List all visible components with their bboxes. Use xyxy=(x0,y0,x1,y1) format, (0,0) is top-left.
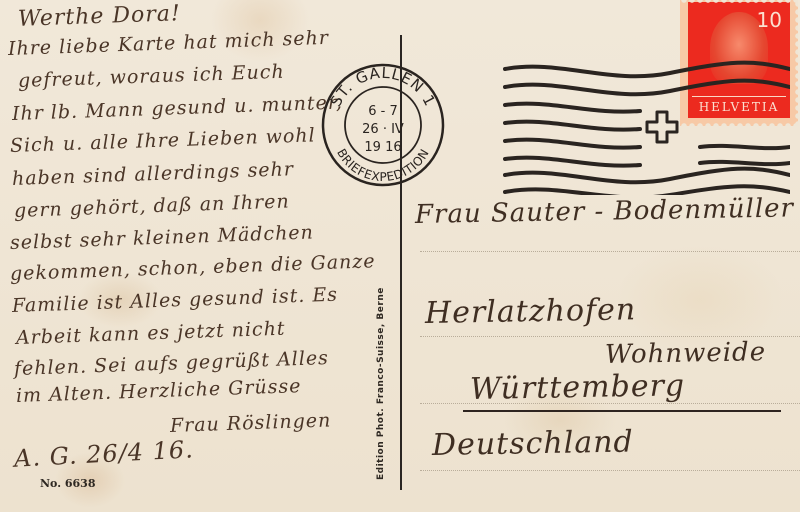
postmark-date: 26 · IV xyxy=(362,122,404,137)
message-line: selbst sehr kleinen Mädchen xyxy=(10,221,315,254)
stamp-value: 10 xyxy=(757,8,782,32)
message-line: Ihr lb. Mann gesund u. munter, xyxy=(12,91,344,125)
signature: Frau Röslingen xyxy=(170,409,332,437)
address-district: Wohnweide xyxy=(605,337,767,370)
address-recipient: Frau Sauter - Bodenmüller xyxy=(415,193,794,230)
message-line: Sich u. alle Ihre Lieben wohl xyxy=(10,124,316,157)
postcard: Werthe Dora! Ihre liebe Karte hat mich s… xyxy=(0,0,800,512)
swiss-cross-icon xyxy=(645,110,679,144)
postmark: ST. GALLEN 1 BRIEFEXPEDITION 6 - 7 26 · … xyxy=(318,60,448,190)
message-line: Ihre liebe Karte hat mich sehr xyxy=(8,27,330,60)
salutation: Werthe Dora! xyxy=(18,1,182,32)
address-state: Württemberg xyxy=(470,368,686,407)
address-town: Herlatzhofen xyxy=(425,292,637,331)
edition-credit: Edition Phot. Franco-Suisse, Berne xyxy=(376,287,386,480)
message-line: haben sind allerdings sehr xyxy=(12,158,295,190)
postmark-time: 6 - 7 xyxy=(368,104,398,119)
postmark-year: 19 16 xyxy=(364,140,401,155)
message-line: gekommen, schon, eben die Ganze xyxy=(10,250,376,285)
message-line: Arbeit kann es jetzt nicht xyxy=(16,318,286,349)
message-line: Familie ist Alles gesund ist. Es xyxy=(12,284,339,317)
date-note: A. G. 26/4 16. xyxy=(13,435,194,472)
message-line: gern gehört, daß an Ihren xyxy=(14,190,290,222)
address-country: Deutschland xyxy=(432,424,634,463)
message-line: im Alten. Herzliche Grüsse xyxy=(16,375,302,407)
card-number: No. 6638 xyxy=(40,477,95,490)
message-line: gefreut, woraus ich Euch xyxy=(18,61,285,92)
underline xyxy=(463,410,781,412)
